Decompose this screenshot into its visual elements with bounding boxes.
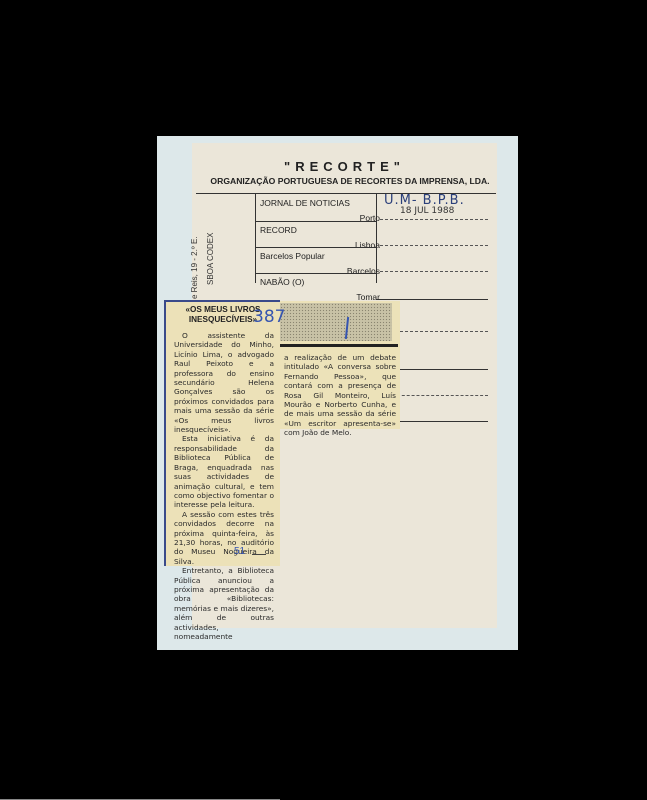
library-stamp: U.M- B.P.B. 18 JUL 1988 [384, 193, 465, 216]
article-body: O assistente da Universidade do Minho, L… [166, 331, 280, 641]
form-title: "RECORTE" [192, 159, 497, 174]
article-body-continued: a realização de um debate intitulado «A … [280, 353, 400, 438]
newspaper-clipping-column-1: «OS MEUS LIVROS INESQUECÍVEIS» O assiste… [164, 300, 280, 566]
newspaper-clipping-column-2: a realização de um debate intitulado «A … [280, 301, 400, 429]
handwritten-reference-number: 387 [253, 307, 285, 327]
halftone-image-strip [280, 303, 392, 341]
divider [255, 193, 256, 283]
handwritten-page-number: 51 [234, 546, 245, 557]
form-subtitle: ORGANIZAÇÃO PORTUGUESA DE RECORTES DA IM… [200, 176, 500, 186]
